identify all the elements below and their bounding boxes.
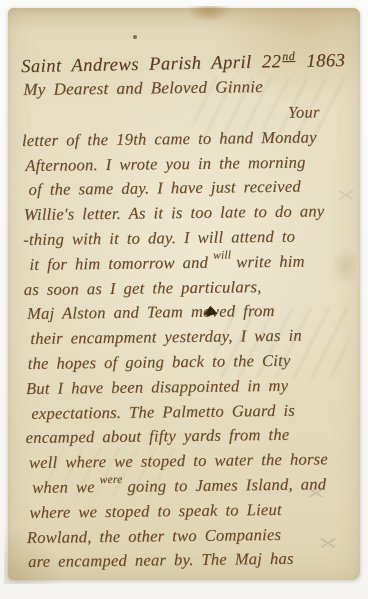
dateline: Saint Andrews Parish April 22nd 1863 — [21, 39, 352, 77]
inserted-word: will — [213, 249, 231, 261]
dateline-ordinal: nd — [282, 49, 295, 63]
letter-line-with-insertion: when weweregoing to James Island, and — [26, 472, 356, 501]
letter-line: Your — [22, 100, 352, 129]
paper-speck — [133, 35, 137, 39]
line-part: it for him tomorrow and — [29, 253, 208, 274]
letter-line-with-insertion: it for him tomorrow andwillwrite him — [23, 249, 353, 278]
line-part: write him — [236, 251, 305, 271]
salutation: My Dearest and Beloved Ginnie — [21, 72, 351, 104]
line-part: going to James Island, and — [127, 474, 326, 495]
letter-paper: Saint Andrews Parish April 22nd 1863 My … — [8, 8, 360, 580]
photo-backdrop: Saint Andrews Parish April 22nd 1863 My … — [0, 0, 368, 599]
letter-line: Willie's letter. As it is too late to do… — [23, 199, 353, 228]
dateline-year: 1863 — [306, 51, 345, 72]
letter-line: letter of the 19th came to hand Monday — [22, 125, 352, 154]
letter-line: are encamped near by. The Maj has — [27, 546, 357, 575]
paper-stain — [186, 6, 232, 22]
line-part: when we — [32, 477, 95, 497]
letter-text: Saint Andrews Parish April 22nd 1863 My … — [21, 40, 357, 575]
letter-line: Afternoon. I wrote you in the morning — [22, 150, 352, 179]
inserted-word: were — [100, 474, 123, 486]
